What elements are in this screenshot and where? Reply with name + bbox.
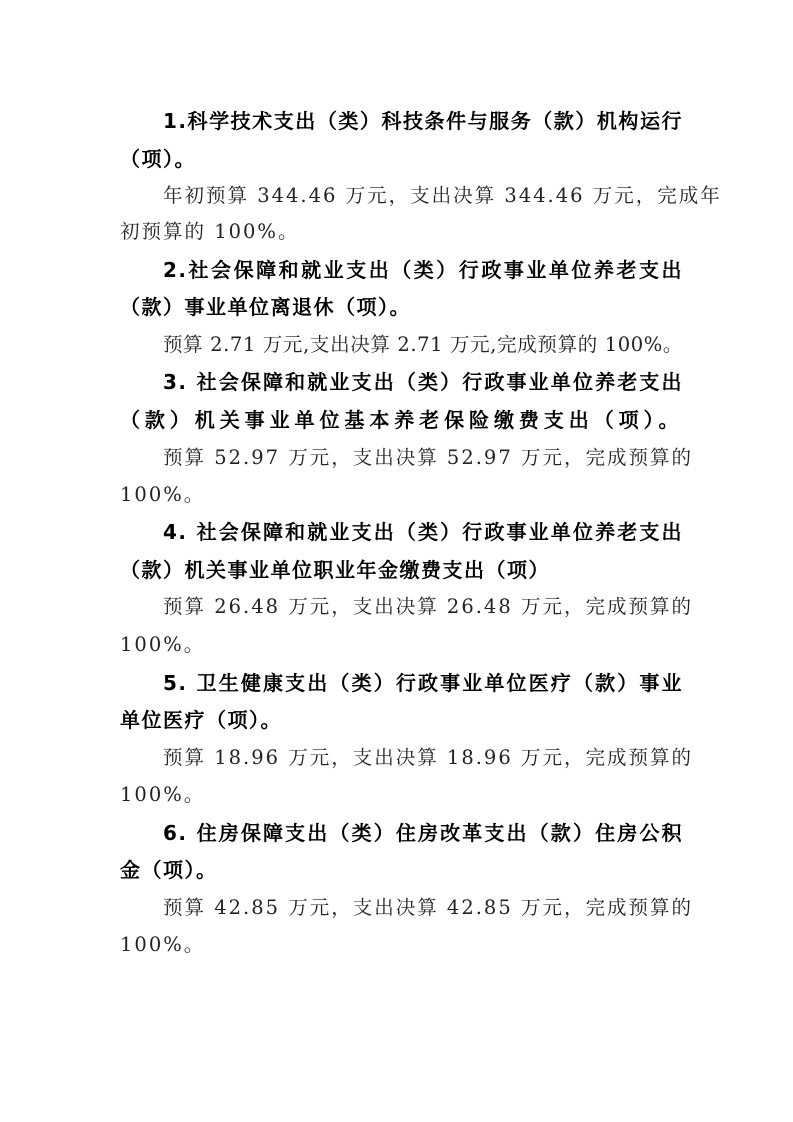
- item-2-heading-line-2: （款）事业单位离退休（项）。: [120, 294, 680, 320]
- item-1-body-line-1: 年初预算 344.46 万元，支出决算 344.46 万元，完成年: [163, 183, 683, 209]
- item-3-body-line-2: 100%。: [120, 482, 680, 508]
- item-1-heading-line-1: 1.科学技术支出（类）科技条件与服务（款）机构运行: [163, 108, 683, 134]
- item-3-body-line-1: 预算 52.97 万元，支出决算 52.97 万元，完成预算的: [163, 445, 653, 471]
- item-5-heading-line-1: 5. 卫生健康支出（类）行政事业单位医疗（款）事业: [163, 670, 683, 696]
- item-3-heading-line-2: （款）机关事业单位基本养老保险缴费支出（项）。: [120, 407, 680, 433]
- item-1-body-line-2: 初预算的 100%。: [120, 219, 680, 245]
- item-4-body-line-2: 100%。: [120, 632, 680, 658]
- item-3-heading-line-1: 3. 社会保障和就业支出（类）行政事业单位养老支出: [163, 369, 683, 395]
- item-2-heading-line-1: 2.社会保障和就业支出（类）行政事业单位养老支出: [163, 257, 683, 283]
- item-4-heading-line-2: （款）机关事业单位职业年金缴费支出（项）: [120, 557, 680, 583]
- item-6-heading-line-1: 6. 住房保障支出（类）住房改革支出（款）住房公积: [163, 820, 683, 846]
- item-1-heading-line-2: （项）。: [120, 146, 680, 172]
- item-4-body-line-1: 预算 26.48 万元，支出决算 26.48 万元，完成预算的: [163, 594, 653, 620]
- item-6-body-line-2: 100%。: [120, 932, 680, 958]
- item-6-body-line-1: 预算 42.85 万元，支出决算 42.85 万元，完成预算的: [163, 895, 653, 921]
- item-5-heading-line-2: 单位医疗（项）。: [120, 707, 680, 733]
- item-4-heading-line-1: 4. 社会保障和就业支出（类）行政事业单位养老支出: [163, 519, 683, 545]
- item-6-heading-line-2: 金（项）。: [120, 857, 680, 883]
- item-2-body-line-1: 预算 2.71 万元,支出决算 2.71 万元,完成预算的 100%。: [163, 332, 683, 358]
- item-5-body-line-2: 100%。: [120, 782, 680, 808]
- document-page: 1.科学技术支出（类）科技条件与服务（款）机构运行 （项）。 年初预算 344.…: [0, 0, 793, 1122]
- item-5-body-line-1: 预算 18.96 万元，支出决算 18.96 万元，完成预算的: [163, 745, 653, 771]
